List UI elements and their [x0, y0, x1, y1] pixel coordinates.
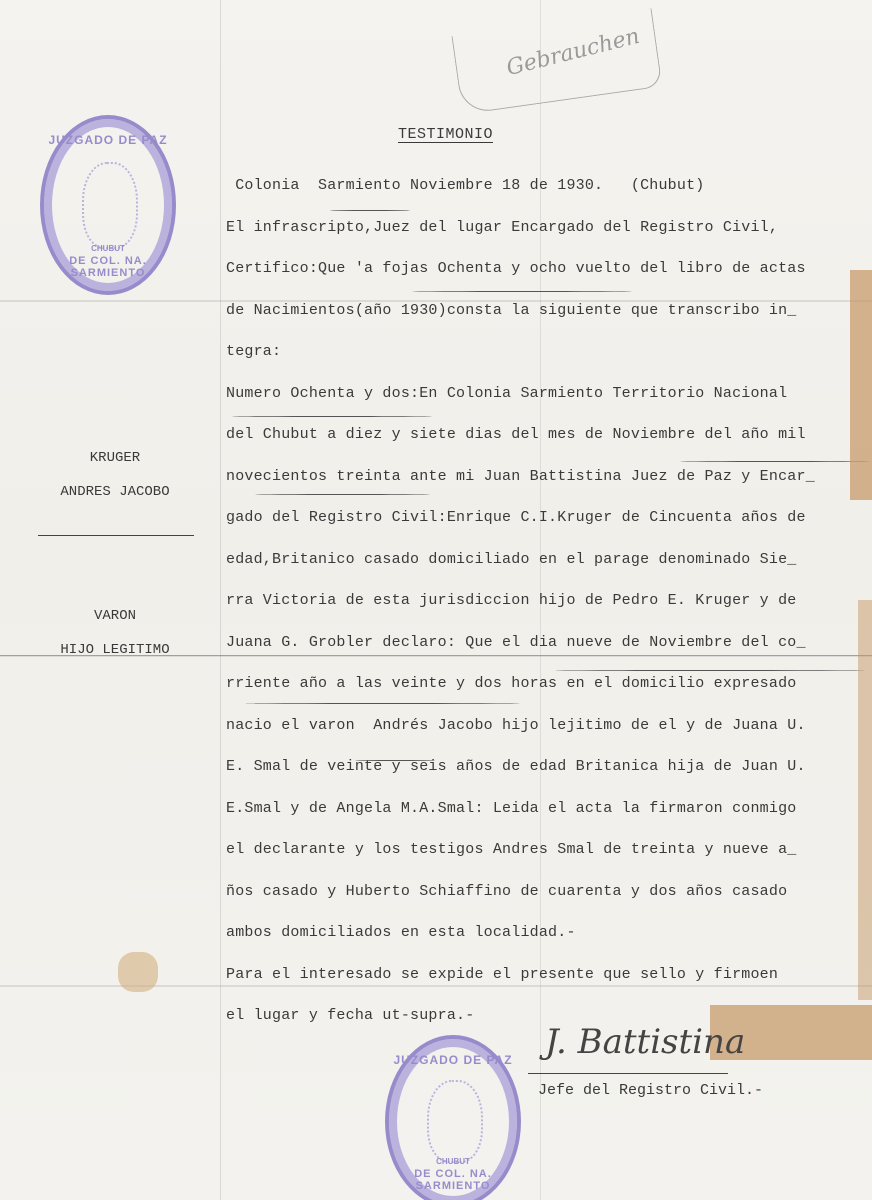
water-stain — [118, 952, 158, 992]
stamp-text-top: JUZGADO DE PAZ — [389, 1053, 517, 1067]
margin-rule — [38, 535, 194, 536]
margin-annotation: KRUGER ANDRES JACOBO VARON HIJO LEGITIMO — [30, 450, 200, 676]
margin-sex: VARON — [30, 608, 200, 624]
body-line: Colonia Sarmiento Noviembre 18 de 1930. … — [226, 176, 866, 218]
body-line: novecientos treinta ante mi Juan Battist… — [226, 467, 866, 509]
body-line: edad,Britanico casado domiciliado en el … — [226, 550, 866, 592]
court-stamp-top: JUZGADO DE PAZ CHUBUT DE COL. NA. SARMIE… — [40, 115, 176, 295]
pen-underline — [245, 703, 520, 704]
coat-of-arms-icon — [427, 1080, 482, 1163]
body-line: de Nacimientos(año 1930)consta la siguie… — [226, 301, 866, 343]
body-line: el declarante y los testigos Andres Smal… — [226, 840, 866, 882]
body-line: Juana G. Grobler declaro: Que el dia nue… — [226, 633, 866, 675]
signature: J. Battistina — [545, 1022, 745, 1062]
margin-surname: KRUGER — [30, 450, 200, 466]
pen-underline — [680, 461, 870, 462]
body-line: ambos domiciliados en esta localidad.- — [226, 923, 866, 965]
pen-underline — [330, 210, 410, 211]
stamp-text-bottom: DE COL. NA. SARMIENTO — [389, 1168, 517, 1192]
body-line: ños casado y Huberto Schiaffino de cuare… — [226, 882, 866, 924]
pen-underline — [555, 670, 865, 671]
body-line: tegra: — [226, 342, 866, 384]
document-page: Gebrauchen JUZGADO DE PAZ CHUBUT DE COL.… — [0, 0, 872, 1200]
body-line: Certifico:Que 'a fojas Ochenta y ocho vu… — [226, 259, 866, 301]
margin-line — [220, 0, 221, 1200]
pen-underline — [232, 416, 432, 417]
court-stamp-bottom: JUZGADO DE PAZ CHUBUT DE COL. NA. SARMIE… — [385, 1035, 521, 1200]
pen-underline — [412, 291, 632, 292]
body-line: El infrascripto,Juez del lugar Encargado… — [226, 218, 866, 260]
stamp-text-middle: CHUBUT — [44, 244, 172, 253]
body-line: E.Smal y de Angela M.A.Smal: Leida el ac… — [226, 799, 866, 841]
stamp-text-top: JUZGADO DE PAZ — [44, 133, 172, 147]
document-body: Colonia Sarmiento Noviembre 18 de 1930. … — [226, 176, 866, 1048]
document-title: TESTIMONIO — [398, 126, 493, 143]
body-line: gado del Registro Civil:Enrique C.I.Krug… — [226, 508, 866, 550]
coat-of-arms-icon — [82, 162, 137, 249]
body-line: rra Victoria de esta jurisdiccion hijo d… — [226, 591, 866, 633]
body-line: nacio el varon Andrés Jacobo hijo lejiti… — [226, 716, 866, 758]
signature-caption: Jefe del Registro Civil.- — [538, 1082, 763, 1099]
tape-strip — [850, 270, 872, 500]
stamp-text-bottom: DE COL. NA. SARMIENTO — [44, 255, 172, 279]
tape-strip — [858, 600, 872, 1000]
margin-rule — [0, 655, 872, 656]
body-line: E. Smal de veinte y seis años de edad Br… — [226, 757, 866, 799]
pen-underline — [255, 494, 430, 495]
body-line: Para el interesado se expide el presente… — [226, 965, 866, 1007]
pen-underline — [355, 760, 435, 761]
margin-given-names: ANDRES JACOBO — [30, 484, 200, 500]
signature-rule — [528, 1073, 728, 1074]
stamp-text-middle: CHUBUT — [389, 1157, 517, 1166]
body-line: rriente año a las veinte y dos horas en … — [226, 674, 866, 716]
body-line: Numero Ochenta y dos:En Colonia Sarmient… — [226, 384, 866, 426]
